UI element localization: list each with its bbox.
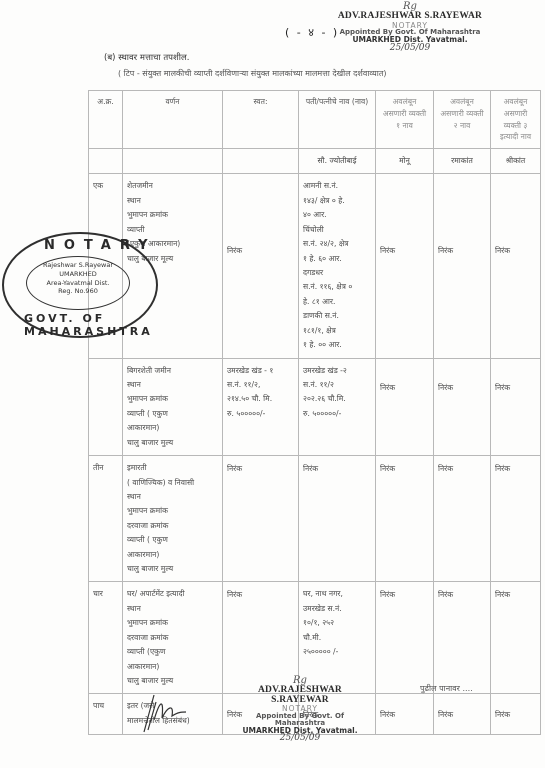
cell-description-line: भुमापन क्रमांक xyxy=(127,616,218,630)
signature-mark xyxy=(138,690,188,735)
stamp-appointed: Appointed By Govt. Of Maharashtra xyxy=(230,713,370,727)
cell-sr xyxy=(89,358,123,456)
seal-line: Area-Yavatmal Dist. xyxy=(27,279,129,288)
col-header-description: वर्णन xyxy=(123,91,223,149)
col-header-self: स्वत: xyxy=(223,91,299,149)
cell-description-line: भुमापन क्रमांक xyxy=(127,504,218,518)
notary-stamp-bottom: Rg ADV.RAJESHWAR S.RAYEWAR NOTARY Appoin… xyxy=(230,676,370,743)
cell-self-line: रु. ५०००००/- xyxy=(227,407,294,421)
cell-description-line: व्याप्ती (एकुण xyxy=(127,645,218,659)
cell-description-line: इमारती xyxy=(127,461,218,475)
cell-self-line: निरंक xyxy=(227,244,294,258)
notary-stamp-top: Rg ADV.RAJESHWAR S.RAYEWAR NOTARY Appoin… xyxy=(335,2,485,53)
cell-self-line: निरंक xyxy=(227,462,294,476)
cell-dependent-1: निरंक xyxy=(376,582,434,694)
col-header-dependent-2: अवलंबून असणारी व्यक्ती २ नाव xyxy=(434,91,491,149)
cell-spouse-line: २५००००० /- xyxy=(303,645,371,659)
cell-dependent-1: निरंक xyxy=(376,174,434,358)
cell-dependent-2: निरंक xyxy=(434,174,491,358)
cell-dependent-1: निरंक xyxy=(376,694,434,735)
cell-spouse-line: १८१/१, क्षेत्र xyxy=(303,324,371,338)
seal-line: Rajeshwar S.Rayewar xyxy=(27,261,129,270)
table-row: एकशेतजमीनस्थानभुमापन क्रमांकव्याप्ती(एकु… xyxy=(89,174,541,358)
spouse-name: सौ. ज्योतीबाई xyxy=(299,149,376,174)
cell-spouse-line: १ हे. ०० आर. xyxy=(303,338,371,352)
cell-description-line: स्थान xyxy=(127,490,218,504)
cell-description-line: स्थान xyxy=(127,378,218,392)
cell-description-line: स्थान xyxy=(127,194,218,208)
cell-description-line: आकारमान) xyxy=(127,548,218,562)
col-header-spouse: पती/पत्नीचे नाव (नाव) xyxy=(299,91,376,149)
cell-description-line: चालु बाजार मुल्य xyxy=(127,436,218,450)
cell-description-line: आकारमान) xyxy=(127,421,218,435)
cell-self: निरंक xyxy=(223,456,299,582)
cell-sr: पाच xyxy=(89,694,123,735)
cell-spouse: आमनी स.नं.१४३/ क्षेत्र ० हे.४० आर.चिंचोल… xyxy=(299,174,376,358)
names-row: सौ. ज्योतीबाई मोनू रमाकांत श्रीकांत xyxy=(89,149,541,174)
seal-bottom-text: GOVT. OF MAHARASHTRA xyxy=(24,312,156,338)
cell-dependent-1: निरंक xyxy=(376,456,434,582)
seal-line: UMARKHED xyxy=(27,270,129,279)
cell-description: बिगरशेती जमीनस्थानभुमापन क्रमांकव्याप्ती… xyxy=(123,358,223,456)
cell-description-line: भुमापन क्रमांक xyxy=(127,392,218,406)
cell-description: इमारती( वाणिज्यिक) व निवासीस्थानभुमापन क… xyxy=(123,456,223,582)
subheader-empty xyxy=(223,149,299,174)
col-header-dependent-3: अवलंबून असणारी व्यक्ती ३ इत्यादी नाव xyxy=(491,91,541,149)
cell-description-line: चालु बाजार मुल्य xyxy=(127,562,218,576)
cell-spouse-line: दगडधर xyxy=(303,266,371,280)
notary-seal: NOTARY Rajeshwar S.Rayewar UMARKHED Area… xyxy=(2,232,158,338)
cell-spouse-line: हे. ८१ आर. xyxy=(303,295,371,309)
cell-spouse-line: चौ.मी. xyxy=(303,631,371,645)
cell-self-line: २१४.५० चौ. मि. xyxy=(227,392,294,406)
table-row: बिगरशेती जमीनस्थानभुमापन क्रमांकव्याप्ती… xyxy=(89,358,541,456)
cell-dependent-3: निरंक xyxy=(491,694,541,735)
cell-self: उमरखेड खंड - १स.नं. ११/२,२१४.५० चौ. मि.र… xyxy=(223,358,299,456)
cell-spouse-line: स.नं. ११६, क्षेत्र ० xyxy=(303,280,371,294)
seal-line: Reg. No.960 xyxy=(27,287,129,296)
seal-top-text: NOTARY xyxy=(44,238,157,253)
cell-description-line: व्याप्ती ( एकुण xyxy=(127,533,218,547)
cell-description-line: ( वाणिज्यिक) व निवासी xyxy=(127,476,218,490)
col-header-sr: अ.क्र. xyxy=(89,91,123,149)
cell-description-line: शेतजमीन xyxy=(127,179,218,193)
cell-dependent-3: निरंक xyxy=(491,456,541,582)
cell-self: निरंक xyxy=(223,174,299,358)
cell-description-line: स्थान xyxy=(127,602,218,616)
seal-inner: Rajeshwar S.Rayewar UMARKHED Area-Yavatm… xyxy=(26,256,130,310)
dependent-2-name: रमाकांत xyxy=(434,149,491,174)
cell-description-line: व्याप्ती xyxy=(127,223,218,237)
cell-description: घर/ अपार्टमेंट इत्यादीस्थानभुमापन क्रमां… xyxy=(123,582,223,694)
cell-spouse: उमरखेड खंड -२स.नं. ११/२२०२.२६ चौ.मि.रु. … xyxy=(299,358,376,456)
page-number: ( - ४ - ) xyxy=(285,25,339,40)
cell-spouse-line: ४० आर. xyxy=(303,208,371,222)
subheader-empty xyxy=(89,149,123,174)
cell-dependent-2: निरंक xyxy=(434,582,491,694)
cell-dependent-3: निरंक xyxy=(491,174,541,358)
cell-spouse-line: २०२.२६ चौ.मि. xyxy=(303,392,371,406)
section-title: (ब) स्थावर मत्ताचा तपशील. xyxy=(104,52,189,63)
cell-dependent-2: निरंक xyxy=(434,694,491,735)
cell-spouse: निरंक xyxy=(299,456,376,582)
dependent-3-name: श्रीकांत xyxy=(491,149,541,174)
subheader-empty xyxy=(123,149,223,174)
cell-dependent-3: निरंक xyxy=(491,582,541,694)
cell-spouse-line: रु. ५०००००/- xyxy=(303,407,371,421)
cell-dependent-1: निरंक xyxy=(376,358,434,456)
cell-dependent-2: निरंक xyxy=(434,456,491,582)
cell-self-line: निरंक xyxy=(227,588,294,602)
cell-dependent-3: निरंक xyxy=(491,358,541,456)
cell-self-line: उमरखेड खंड - १ xyxy=(227,364,294,378)
stamp-date: 25/05/09 xyxy=(230,734,370,743)
cell-spouse-line: निरंक xyxy=(303,462,371,476)
cell-spouse-line: घर, नाथ नगर, xyxy=(303,587,371,601)
stamp-date: 25/05/09 xyxy=(335,44,485,53)
immovable-property-table: अ.क्र. वर्णन स्वत: पती/पत्नीचे नाव (नाव)… xyxy=(88,90,541,735)
cell-spouse-line: आमनी स.नं. xyxy=(303,179,371,193)
cell-description-line: भुमापन क्रमांक xyxy=(127,208,218,222)
cell-description-line: आकारमान) xyxy=(127,660,218,674)
section-note: ( टिप - संयुक्त मालकीची व्याप्ती दर्शविण… xyxy=(118,68,387,79)
cell-spouse-line: चिंचोली xyxy=(303,223,371,237)
cell-description-line: बिगरशेती जमीन xyxy=(127,364,218,378)
cell-spouse-line: डाणकी स.नं. xyxy=(303,309,371,323)
continued-on-next-page: पुढील पानावर .... xyxy=(420,683,473,694)
cell-description-line: व्याप्ती ( एकुण xyxy=(127,407,218,421)
stamp-name: ADV.RAJESHWAR S.RAYEWAR xyxy=(230,686,370,705)
cell-dependent-2: निरंक xyxy=(434,358,491,456)
cell-spouse-line: १४३/ क्षेत्र ० हे. xyxy=(303,194,371,208)
cell-spouse-line: स.नं. ११/२ xyxy=(303,378,371,392)
cell-spouse-line: स.नं. २४/२, क्षेत्र xyxy=(303,237,371,251)
cell-description-line: दरवाजा क्रमांक xyxy=(127,519,218,533)
cell-spouse-line: उमरखेड स.नं. xyxy=(303,602,371,616)
cell-description-line: दरवाजा क्रमांक xyxy=(127,631,218,645)
table-row: तीनइमारती( वाणिज्यिक) व निवासीस्थानभुमाप… xyxy=(89,456,541,582)
dependent-1-name: मोनू xyxy=(376,149,434,174)
cell-self-line: स.नं. ११/२, xyxy=(227,378,294,392)
header-row: अ.क्र. वर्णन स्वत: पती/पत्नीचे नाव (नाव)… xyxy=(89,91,541,149)
cell-sr: चार xyxy=(89,582,123,694)
cell-description-line: चालु बाजार मुल्य xyxy=(127,674,218,688)
cell-spouse-line: उमरखेड खंड -२ xyxy=(303,364,371,378)
col-header-dependent-1: अवलंबून असणारी व्यक्ती १ नाव xyxy=(376,91,434,149)
cell-spouse-line: १ हे. ६० आर. xyxy=(303,252,371,266)
cell-description-line: घर/ अपार्टमेंट इत्यादी xyxy=(127,587,218,601)
cell-spouse-line: १०/१, २५२ xyxy=(303,616,371,630)
cell-sr: तीन xyxy=(89,456,123,582)
